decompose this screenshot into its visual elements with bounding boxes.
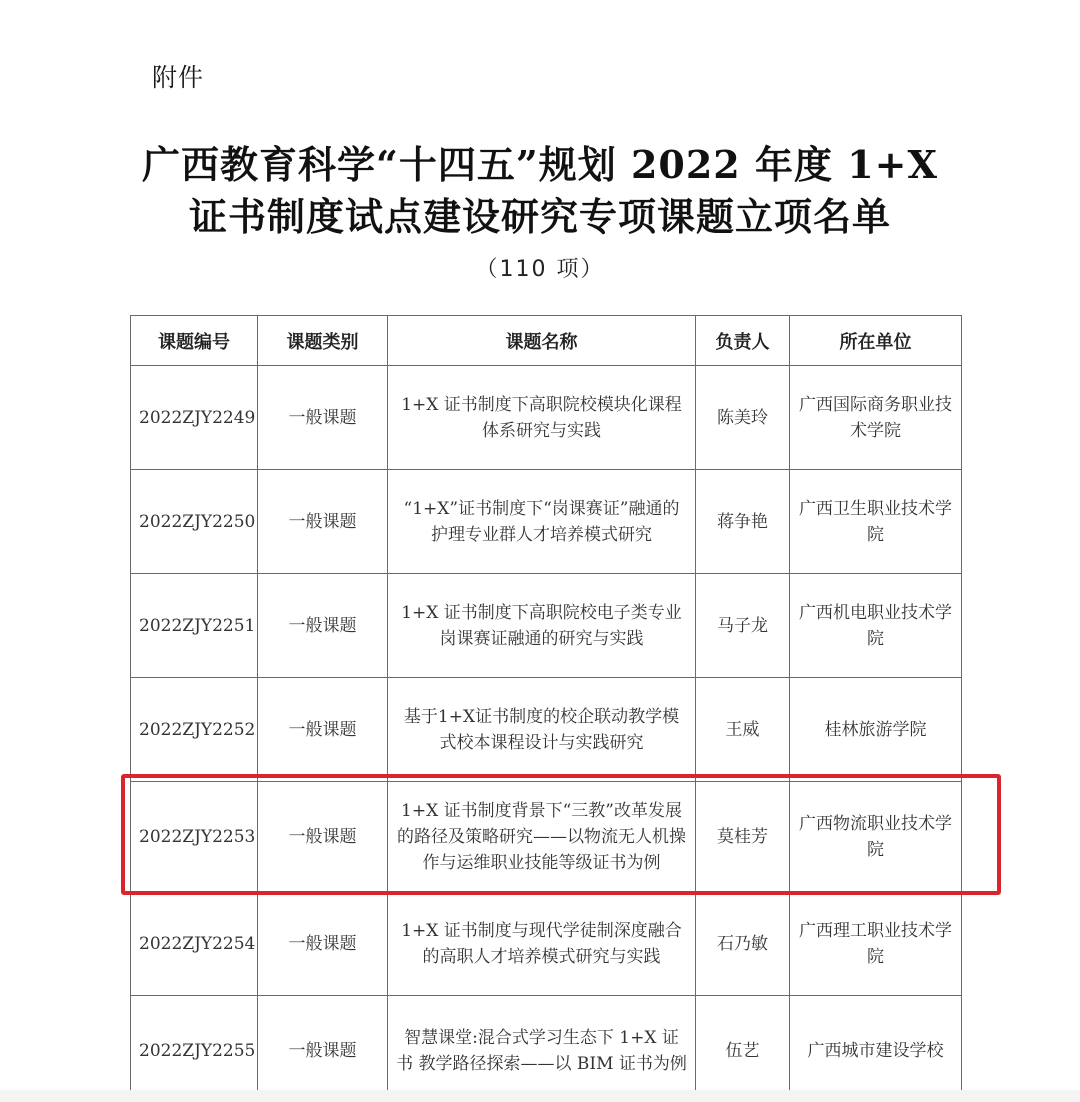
header-leader: 负责人 [696,316,790,366]
cell-category: 一般课题 [258,892,388,996]
item-count: （110 项） [0,252,1080,283]
cell-category: 一般课题 [258,782,388,892]
cell-unit: 广西物流职业技术学院 [790,782,962,892]
cell-leader: 蒋争艳 [696,470,790,574]
project-list-table: 课题编号 课题类别 课题名称 负责人 所在单位 2022ZJY2249 一般课题… [130,315,962,1102]
cell-title: 1+X 证书制度背景下“三教”改革发展的路径及策略研究——以物流无人机操作与运维… [388,782,696,892]
cell-unit: 广西机电职业技术学院 [790,574,962,678]
cell-leader: 石乃敏 [696,892,790,996]
cell-category: 一般课题 [258,678,388,782]
cell-title: 智慧课堂:混合式学习生态下 1+X 证书 教学路径探索——以 BIM 证书为例 [388,996,696,1102]
cell-leader: 莫桂芳 [696,782,790,892]
cell-unit: 桂林旅游学院 [790,678,962,782]
cell-category: 一般课题 [258,470,388,574]
cell-leader: 陈美玲 [696,366,790,470]
cell-title: 1+X 证书制度与现代学徒制深度融合的高职人才培养模式研究与实践 [388,892,696,996]
page-bottom-edge [0,1090,1080,1102]
cell-project-id: 2022ZJY2250 [131,470,258,574]
cell-leader: 伍艺 [696,996,790,1102]
header-title: 课题名称 [388,316,696,366]
cell-leader: 马子龙 [696,574,790,678]
header-category: 课题类别 [258,316,388,366]
table-row: 2022ZJY2249 一般课题 1+X 证书制度下高职院校模块化课程体系研究与… [131,366,962,470]
table-row: 2022ZJY2251 一般课题 1+X 证书制度下高职院校电子类专业岗课赛证融… [131,574,962,678]
cell-project-id: 2022ZJY2251 [131,574,258,678]
table-row-highlighted: 2022ZJY2253 一般课题 1+X 证书制度背景下“三教”改革发展的路径及… [131,782,962,892]
cell-unit: 广西理工职业技术学院 [790,892,962,996]
cell-project-id: 2022ZJY2254 [131,892,258,996]
cell-title: 基于1+X证书制度的校企联动教学模式校本课程设计与实践研究 [388,678,696,782]
document-title-line-1: 广西教育科学“十四五”规划 2022 年度 1+X [0,140,1080,190]
document-title-line-2: 证书制度试点建设研究专项课题立项名单 [0,192,1080,242]
cell-project-id: 2022ZJY2253 [131,782,258,892]
cell-project-id: 2022ZJY2249 [131,366,258,470]
cell-project-id: 2022ZJY2255 [131,996,258,1102]
cell-unit: 广西国际商务职业技术学院 [790,366,962,470]
cell-category: 一般课题 [258,366,388,470]
table-row: 2022ZJY2255 一般课题 智慧课堂:混合式学习生态下 1+X 证书 教学… [131,996,962,1102]
attachment-label: 附件 [152,58,204,94]
header-unit: 所在单位 [790,316,962,366]
table-row: 2022ZJY2250 一般课题 “1+X”证书制度下“岗课赛证”融通的护理专业… [131,470,962,574]
header-project-id: 课题编号 [131,316,258,366]
table-header-row: 课题编号 课题类别 课题名称 负责人 所在单位 [131,316,962,366]
table-row: 2022ZJY2252 一般课题 基于1+X证书制度的校企联动教学模式校本课程设… [131,678,962,782]
cell-leader: 王威 [696,678,790,782]
cell-title: 1+X 证书制度下高职院校模块化课程体系研究与实践 [388,366,696,470]
table-row: 2022ZJY2254 一般课题 1+X 证书制度与现代学徒制深度融合的高职人才… [131,892,962,996]
cell-title: “1+X”证书制度下“岗课赛证”融通的护理专业群人才培养模式研究 [388,470,696,574]
cell-title: 1+X 证书制度下高职院校电子类专业岗课赛证融通的研究与实践 [388,574,696,678]
cell-unit: 广西卫生职业技术学院 [790,470,962,574]
cell-unit: 广西城市建设学校 [790,996,962,1102]
cell-category: 一般课题 [258,996,388,1102]
cell-project-id: 2022ZJY2252 [131,678,258,782]
cell-category: 一般课题 [258,574,388,678]
